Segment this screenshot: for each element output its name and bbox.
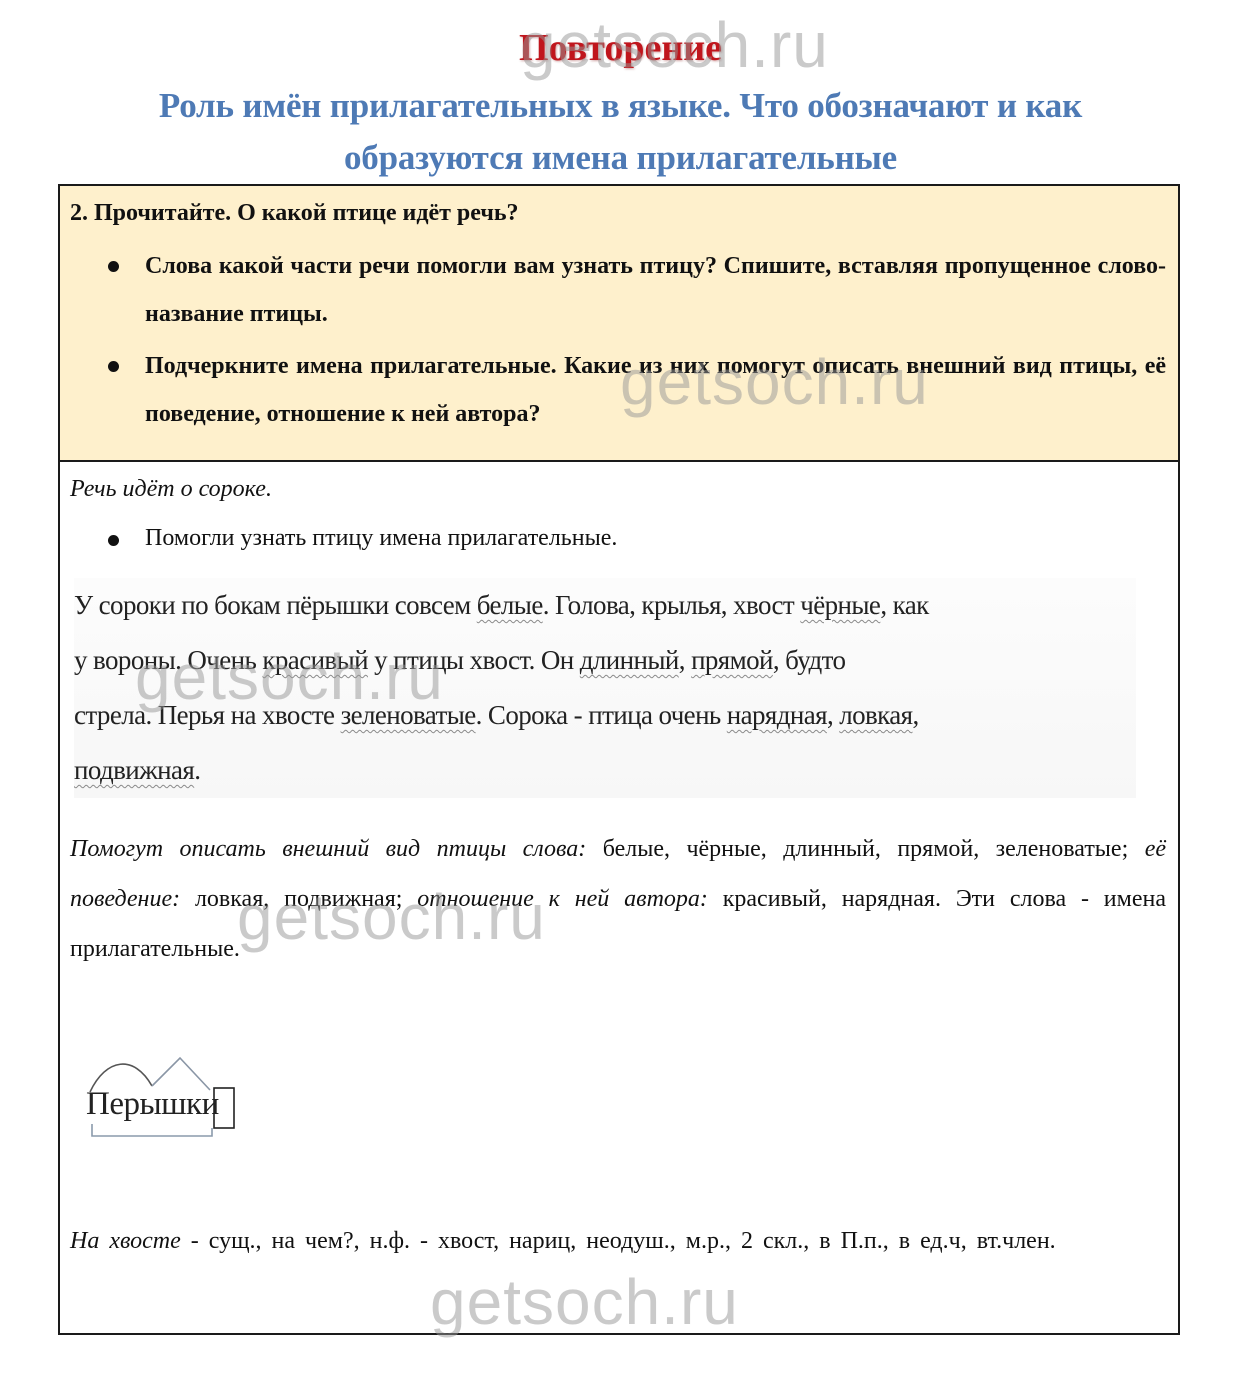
excerpt-line: стрела. Перья на хвосте зеленоватые. Сор… — [74, 688, 1136, 743]
text-excerpt: У сороки по бокам пёрышки совсем белые. … — [74, 578, 1136, 798]
task-bullet-text: Подчеркните имена прилагательные. Какие … — [145, 353, 1166, 427]
underlined-adjective: белые — [477, 590, 543, 620]
excerpt-text: у вороны. Очень — [74, 645, 262, 675]
task-block: 2. Прочитайте. О какой птице идёт речь? … — [60, 186, 1178, 462]
underlined-adjective: подвижная — [74, 755, 194, 785]
task-bullet: Слова какой части речи помогли вам узнат… — [70, 242, 1166, 338]
answer-intro: Речь идёт о сороке. — [70, 476, 272, 503]
underlined-adjective: красивый — [262, 645, 368, 675]
parsing-text: - сущ., на чем?, н.ф. - хвост, нариц, не… — [181, 1228, 1056, 1254]
excerpt-text: . Голова, крылья, хвост — [543, 590, 801, 620]
answer-bullet-text: Помогли узнать птицу имена прилагательны… — [145, 525, 617, 552]
excerpt-text: У сороки по бокам пёрышки совсем — [74, 590, 477, 620]
underlined-adjective: зеленоватые — [341, 700, 476, 730]
excerpt-text: , будто — [773, 645, 846, 675]
excerpt-text: стрела. Перья на хвосте — [74, 700, 341, 730]
underlined-adjective: нарядная — [727, 700, 827, 730]
task-bullet-list: Слова какой части речи помогли вам узнат… — [70, 242, 1166, 442]
morpheme-word: Перышки — [86, 1086, 219, 1123]
exercise-frame: 2. Прочитайте. О какой птице идёт речь? … — [58, 184, 1180, 1335]
bullet-dot-icon — [108, 261, 119, 272]
appearance-words: белые, чёрные, длинный, прямой, зеленова… — [586, 836, 1144, 862]
morpheme-diagram: Перышки — [86, 1056, 246, 1146]
section-title: Повторение — [0, 26, 1241, 70]
task-bullet-text: Слова какой части речи помогли вам узнат… — [145, 253, 1166, 327]
bullet-dot-icon — [108, 361, 119, 372]
excerpt-text: , как — [880, 590, 928, 620]
word-parsing: На хвосте - сущ., на чем?, н.ф. - хвост,… — [70, 1216, 1166, 1266]
task-heading: 2. Прочитайте. О какой птице идёт речь? — [70, 200, 519, 227]
excerpt-text: у птицы хвост. Он — [368, 645, 580, 675]
excerpt-line: у вороны. Очень красивый у птицы хвост. … — [74, 633, 1136, 688]
bullet-dot-icon — [108, 535, 119, 546]
task-bullet: Подчеркните имена прилагательные. Какие … — [70, 342, 1166, 438]
underlined-adjective: ловкая — [839, 700, 912, 730]
excerpt-text: , — [912, 700, 918, 730]
excerpt-text: . — [194, 755, 200, 785]
excerpt-text: , — [679, 645, 691, 675]
excerpt-line: У сороки по бокам пёрышки совсем белые. … — [74, 578, 1136, 633]
appearance-label: Помогут описать внешний вид птицы слова: — [70, 836, 586, 862]
excerpt-text: , — [827, 700, 839, 730]
excerpt-line: подвижная. — [74, 743, 1136, 798]
underlined-adjective: чёрные — [800, 590, 880, 620]
behavior-words: ловкая, подвижная; — [180, 886, 417, 912]
attitude-label: отношение к ней автора: — [417, 886, 708, 912]
parsing-term: На хвосте — [70, 1228, 181, 1254]
underlined-adjective: длинный — [580, 645, 679, 675]
underlined-adjective: прямой — [691, 645, 773, 675]
adjective-description: Помогут описать внешний вид птицы слова:… — [70, 824, 1166, 974]
excerpt-text: . Сорока - птица очень — [476, 700, 727, 730]
topic-title: Роль имён прилагательных в языке. Что об… — [90, 80, 1151, 184]
